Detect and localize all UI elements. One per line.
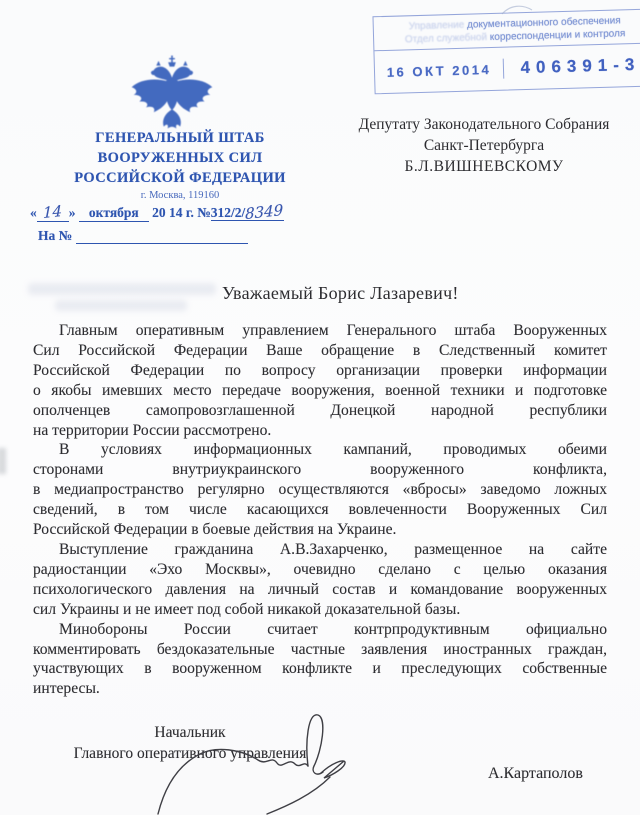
body-line: комментировать бездоказательные частные … [33,640,607,660]
org-line: ГЕНЕРАЛЬНЫЙ ШТАБ [48,128,312,148]
body-line: Минобороны России считает контрпродуктив… [33,620,607,640]
letterhead-org: ГЕНЕРАЛЬНЫЙ ШТАБ ВООРУЖЕННЫХ СИЛ РОССИЙС… [48,128,312,188]
handwritten-day: 14 [43,202,62,222]
handwritten-number: 8349 [245,201,283,223]
recipient-name: Б.Л.ВИШНЕВСКОМУ [338,156,630,177]
pen-mark-artifact [498,2,542,18]
body-line: Российской Федерации в боевые действия н… [33,520,607,540]
recipient-line: Депутату Законодательного Собрания [338,114,630,135]
stamp-text: корреспонденции и контроля [490,28,626,43]
number-label: № [197,205,211,220]
stamp-row: 16 ОКТ 2014 406391-3 [374,43,640,93]
stamp-registration-number: 406391-3 [503,54,640,78]
body-line: Сил Российской Федерации Ваше обращение … [33,341,607,361]
day-field: 14 [37,203,69,222]
quote-open: « [30,205,37,220]
scanned-letter-page: Управление документационного обеспечения… [0,0,640,815]
outgoing-number: 312/2/8349 [211,205,284,221]
salutation: Уважаемый Борис Лазаревич! [222,283,459,304]
body-line: участвующих в вооруженном конфликте и пр… [33,659,607,679]
recipient-line: Санкт-Петербурга [338,135,630,156]
reply-to-label: На № [38,228,72,243]
bleed-through-artifact [28,283,216,295]
body-line: на территории России рассмотрено. [33,421,607,441]
registration-stamp: Управление документационного обеспечения… [372,8,640,94]
body-line: радиостанции «Эхо Москвы», очевидно сдел… [33,560,607,580]
body-line: ополченцев самопровозглашенной Донецкой … [33,401,607,421]
body-line: интересы. [33,679,607,699]
body-line: Главным оперативным управлением Генераль… [33,321,607,341]
number-printed: 312/2/ [211,205,246,220]
body-line: психологического давления на личный сост… [33,580,607,600]
body-line: о якобы имевших место передаче вооружени… [33,381,607,401]
body-line: Российской Федерации по вопросу организа… [33,361,607,381]
letter-body: Главным оперативным управлением Генераль… [33,321,607,699]
stamp-date-received: 16 ОКТ 2014 [375,61,503,80]
reply-to-line: На № [38,228,248,244]
stamp-text-faded: Управление [409,20,465,33]
body-line: в медиапространство регулярно осуществля… [33,480,607,500]
coat-of-arms-eagle-icon [124,54,220,132]
body-line: сторонами внутриукраинского вооруженного… [33,460,607,480]
scan-edge-artifact [0,448,6,474]
body-line: сведений, в том числе касающихся вовлече… [33,500,607,520]
body-line: В условиях информационных кампаний, пров… [33,440,607,460]
stamp-text-faded: Отдел служебной [405,32,487,45]
year-printed: 20 14 г. [152,205,194,220]
signer-name: А.Картаполов [488,765,583,783]
recipient-block: Депутату Законодательного Собрания Санкт… [338,114,630,177]
body-line: Выступление гражданина А.В.Захарченко, р… [33,540,607,560]
body-line: сил Украины и не имеет под собой никакой… [33,600,607,620]
reference-line: «14» октября 20 14 г. №312/2/8349 [30,203,284,222]
org-line: ВООРУЖЕННЫХ СИЛ [48,148,312,168]
letterhead-address: г. Москва, 119160 [48,190,312,201]
quote-close: » [69,205,76,220]
org-line: РОССИЙСКОЙ ФЕДЕРАЦИИ [48,168,312,188]
bleed-through-artifact [55,300,187,311]
handwritten-signature [130,698,390,815]
reply-to-blank [76,229,248,244]
month-printed: октября [79,205,149,222]
